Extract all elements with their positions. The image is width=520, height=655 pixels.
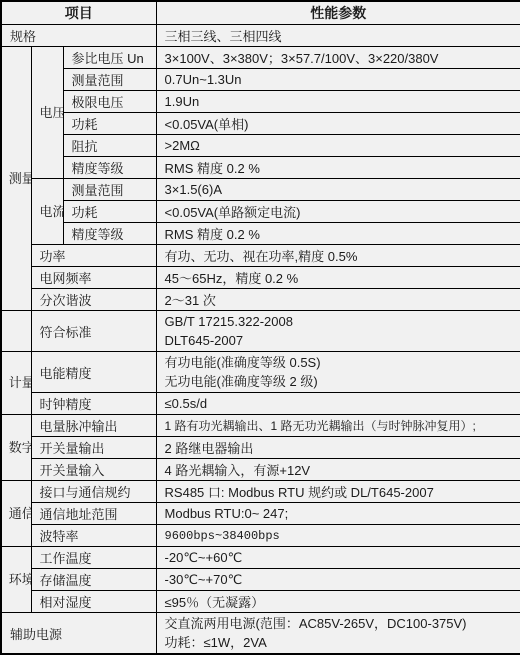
param-value: ≤0.5s/d — [156, 393, 520, 415]
group-metering-label: 计量 — [9, 373, 24, 393]
param-value: 1.9Un — [156, 91, 520, 113]
param-value: 2 路继电器输出 — [156, 437, 520, 459]
param-value: RMS 精度 0.2 % — [156, 223, 520, 245]
spec-value: 三相三线、三相四线 — [156, 25, 520, 47]
energy-line-2: 无功电能(准确度等级 2 级) — [165, 372, 517, 391]
param-name: 测量范围 — [63, 179, 156, 201]
spec-sheet-page: 项目 性能参数 规格 三相三线、三相四线 测量 电压 参比电压 Un 3×100… — [0, 0, 520, 626]
param-name: 时钟精度 — [31, 393, 156, 415]
param-value: <0.05VA(单相) — [156, 113, 520, 135]
header-row: 项目 性能参数 — [1, 1, 520, 25]
row-current-2: 精度等级 RMS 精度 0.2 % — [1, 223, 520, 245]
row-storage-temp: 存储温度 -30℃~+70℃ — [1, 569, 520, 591]
empty-cell — [1, 311, 31, 352]
row-voltage-1: 测量范围 0.7Un~1.3Un — [1, 69, 520, 91]
row-frequency: 电网频率 45～65Hz，精度 0.2 % — [1, 267, 520, 289]
row-voltage-4: 阻抗 >2MΩ — [1, 135, 520, 157]
param-value: 0.7Un~1.3Un — [156, 69, 520, 91]
param-value: 有功电能(准确度等级 0.5S) 无功电能(准确度等级 2 级) — [156, 352, 520, 393]
param-value: 2～31 次 — [156, 289, 520, 311]
param-name: 电量脉冲输出 — [31, 415, 156, 437]
param-name: 极限电压 — [63, 91, 156, 113]
param-value: 交直流两用电源(范围：AC85V-265V，DC100-375V) 功耗：≤1W… — [156, 613, 520, 655]
row-pulse-output: 数字信号 电量脉冲输出 1 路有功光耦输出、1 路无功光耦输出（与时钟脉冲复用）… — [1, 415, 520, 437]
param-value: >2MΩ — [156, 135, 520, 157]
group-measure: 测量 — [1, 47, 31, 311]
group-env-label: 环境 — [9, 570, 24, 590]
param-name: 开关量输入 — [31, 459, 156, 481]
subgroup-current: 电流 — [31, 179, 63, 245]
param-value: 9600bps~38400bps — [156, 525, 520, 547]
group-comm-label: 通信 — [9, 504, 24, 524]
row-power: 功率 有功、无功、视在功率,精度 0.5% — [1, 245, 520, 267]
row-humidity: 相对湿度 ≤95％（无凝露） — [1, 591, 520, 613]
header-item: 项目 — [1, 1, 156, 25]
param-value: 有功、无功、视在功率,精度 0.5% — [156, 245, 520, 267]
param-value: ≤95％（无凝露） — [156, 591, 520, 613]
param-value: <0.05VA(单路额定电流) — [156, 201, 520, 223]
row-voltage-3: 功耗 <0.05VA(单相) — [1, 113, 520, 135]
param-value: -30℃~+70℃ — [156, 569, 520, 591]
param-name: 符合标准 — [31, 311, 156, 352]
row-standard: 符合标准 GB/T 17215.322-2008 DLT645-2007 — [1, 311, 520, 352]
row-baud-rate: 波特率 9600bps~38400bps — [1, 525, 520, 547]
group-comm: 通信 — [1, 481, 31, 547]
param-name: 功耗 — [63, 201, 156, 223]
param-value: RMS 精度 0.2 % — [156, 157, 520, 179]
row-current-1: 功耗 <0.05VA(单路额定电流) — [1, 201, 520, 223]
param-name: 分次谐波 — [31, 289, 156, 311]
param-name: 测量范围 — [63, 69, 156, 91]
param-name: 存储温度 — [31, 569, 156, 591]
param-value: RS485 口: Modbus RTU 规约或 DL/T645-2007 — [156, 481, 520, 503]
subgroup-voltage: 电压 — [31, 47, 63, 179]
standard-line-1: GB/T 17215.322-2008 — [165, 312, 517, 331]
group-measure-label: 测量 — [9, 169, 24, 189]
row-switch-input: 开关量输入 4 路光耦输入，有源+12V — [1, 459, 520, 481]
param-value: 1 路有功光耦输出、1 路无功光耦输出（与时钟脉冲复用）; — [156, 415, 520, 437]
spec-label: 规格 — [1, 25, 156, 47]
row-clock-accuracy: 时钟精度 ≤0.5s/d — [1, 393, 520, 415]
subgroup-current-label: 电流 — [40, 202, 55, 222]
aux-line-2: 功耗：≤1W，2VA — [165, 633, 517, 652]
param-value: 45～65Hz，精度 0.2 % — [156, 267, 520, 289]
param-name: 相对湿度 — [31, 591, 156, 613]
energy-line-1: 有功电能(准确度等级 0.5S) — [165, 353, 517, 372]
param-name: 功耗 — [63, 113, 156, 135]
param-name: 精度等级 — [63, 223, 156, 245]
param-name: 参比电压 Un — [63, 47, 156, 69]
row-voltage-5: 精度等级 RMS 精度 0.2 % — [1, 157, 520, 179]
param-value: GB/T 17215.322-2008 DLT645-2007 — [156, 311, 520, 352]
standard-line-2: DLT645-2007 — [165, 331, 517, 350]
param-name: 波特率 — [31, 525, 156, 547]
row-operating-temp: 环境 工作温度 -20℃~+60℃ — [1, 547, 520, 569]
aux-line-1: 交直流两用电源(范围：AC85V-265V，DC100-375V) — [165, 614, 517, 633]
group-env: 环境 — [1, 547, 31, 613]
param-name: 功率 — [31, 245, 156, 267]
param-name: 电网频率 — [31, 267, 156, 289]
spec-table: 项目 性能参数 规格 三相三线、三相四线 测量 电压 参比电压 Un 3×100… — [0, 0, 520, 655]
group-digital: 数字信号 — [1, 415, 31, 481]
param-value: -20℃~+60℃ — [156, 547, 520, 569]
group-digital-label: 数字信号 — [9, 438, 24, 458]
row-voltage-0: 测量 电压 参比电压 Un 3×100V、3×380V；3×57.7/100V、… — [1, 47, 520, 69]
aux-label: 辅助电源 — [1, 613, 156, 655]
param-name: 接口与通信规约 — [31, 481, 156, 503]
row-current-0: 电流 测量范围 3×1.5(6)A — [1, 179, 520, 201]
param-value: 4 路光耦输入，有源+12V — [156, 459, 520, 481]
row-switch-output: 开关量输出 2 路继电器输出 — [1, 437, 520, 459]
param-value: 3×1.5(6)A — [156, 179, 520, 201]
row-spec: 规格 三相三线、三相四线 — [1, 25, 520, 47]
row-energy-accuracy: 计量 电能精度 有功电能(准确度等级 0.5S) 无功电能(准确度等级 2 级) — [1, 352, 520, 393]
param-name: 电能精度 — [31, 352, 156, 393]
group-metering: 计量 — [1, 352, 31, 415]
param-name: 开关量输出 — [31, 437, 156, 459]
param-name: 工作温度 — [31, 547, 156, 569]
param-value: Modbus RTU:0~ 247; — [156, 503, 520, 525]
row-aux-power: 辅助电源 交直流两用电源(范围：AC85V-265V，DC100-375V) 功… — [1, 613, 520, 655]
subgroup-voltage-label: 电压 — [40, 103, 55, 123]
row-protocol: 通信 接口与通信规约 RS485 口: Modbus RTU 规约或 DL/T6… — [1, 481, 520, 503]
row-address-range: 通信地址范围 Modbus RTU:0~ 247; — [1, 503, 520, 525]
row-voltage-2: 极限电压 1.9Un — [1, 91, 520, 113]
header-param: 性能参数 — [156, 1, 520, 25]
param-name: 通信地址范围 — [31, 503, 156, 525]
row-harmonics: 分次谐波 2～31 次 — [1, 289, 520, 311]
param-name: 阻抗 — [63, 135, 156, 157]
param-name: 精度等级 — [63, 157, 156, 179]
param-value: 3×100V、3×380V；3×57.7/100V、3×220/380V — [156, 47, 520, 69]
